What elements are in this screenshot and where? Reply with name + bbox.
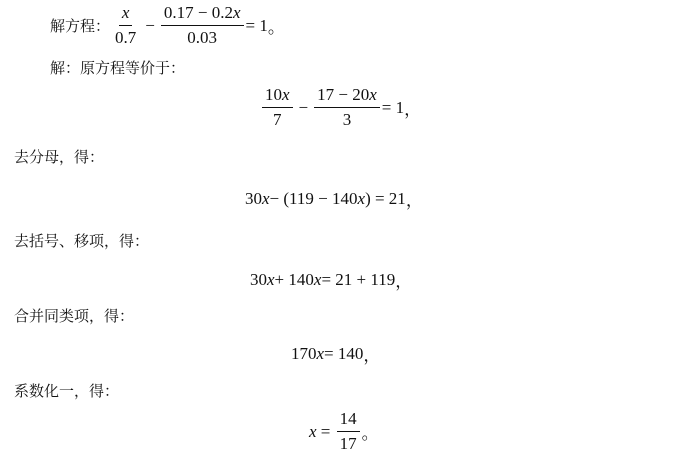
step-label-4: 系数化一，得： (14, 380, 119, 401)
step-label-3: 合并同类项，得： (14, 305, 134, 326)
equation-1: 10x 7 − 17 − 20x 3 = 1 ， (260, 86, 421, 129)
fraction: 10x 7 (262, 86, 293, 129)
equation-2: 30x − (119 − 140x) = 21 ， (245, 186, 423, 211)
equation-4: 170x = 140 ， (291, 341, 380, 366)
equation-3: 30x + 140x = 21 + 119 ， (250, 267, 412, 292)
problem-equation: x 0.7 − 0.17 − 0.2x 0.03 = 1 。 (110, 4, 285, 47)
fraction: 0.17 − 0.2x 0.03 (161, 4, 244, 47)
solution-intro: 解：原方程等价于： (50, 57, 185, 78)
fraction: 17 − 20x 3 (314, 86, 380, 129)
problem-statement: 解方程： x 0.7 − 0.17 − 0.2x 0.03 = 1 。 (50, 4, 285, 47)
problem-label: 解方程： (50, 15, 110, 36)
step-label-2: 去括号、移项，得： (14, 230, 149, 251)
fraction: 14 17 (337, 410, 360, 453)
step-label-1: 去分母，得： (14, 146, 104, 167)
fraction: x 0.7 (112, 4, 139, 47)
equation-5: x = 14 17 。 (309, 410, 379, 453)
